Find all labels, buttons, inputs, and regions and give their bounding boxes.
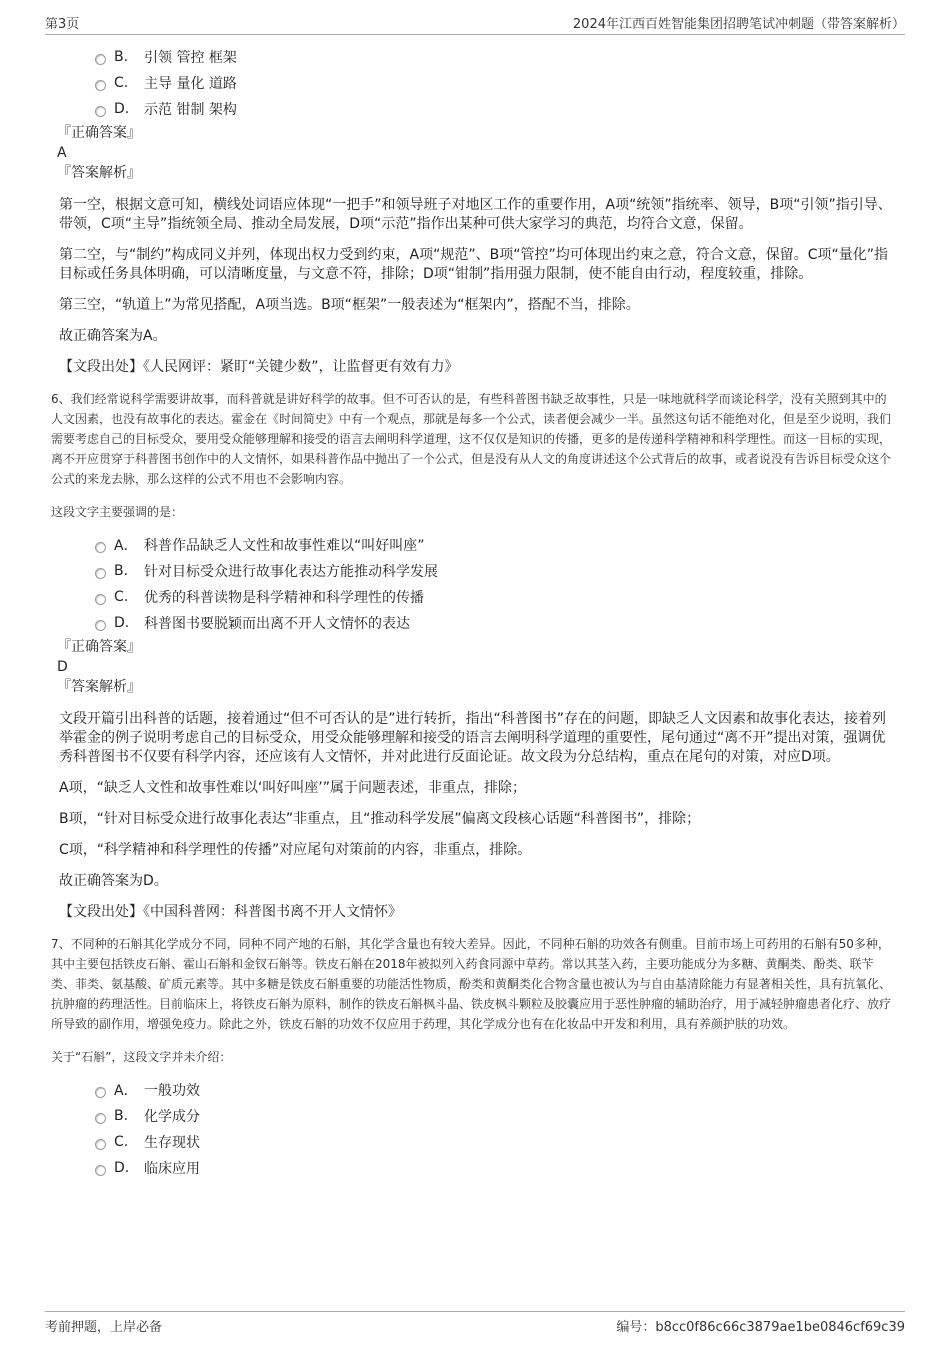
q5-options: B. 引领 管控 框架 C. 主导 量化 道路 D. 示范 钳制 架构 (57, 44, 897, 122)
analysis-paragraph: A项，“缺乏人文性和故事性难以‘叫好叫座’”属于问题表述，非重点，排除； (59, 779, 897, 798)
q7-options: A． 一般功效 B. 化学成分 C. 生存现状 D. 临床应用 (57, 1077, 897, 1181)
footer-slogan: 考前押题，上岸必备 (45, 1316, 162, 1335)
question-6-prompt: 这段文字主要强调的是： (51, 503, 897, 520)
q6-options: A． 科普作品缺乏人文性和故事性难以“叫好叫座” B. 针对目标受众进行故事化表… (57, 532, 897, 636)
page-content: B. 引领 管控 框架 C. 主导 量化 道路 D. 示范 钳制 架构 『正确答… (57, 40, 897, 1181)
document-title: 2024年江西百姓智能集团招聘笔试冲刺题（带答案解析） (573, 13, 905, 32)
q7-option-a[interactable]: A． 一般功效 (95, 1077, 897, 1103)
analysis-conclusion: 故正确答案为A。 (59, 327, 897, 346)
radio-button[interactable] (95, 594, 106, 605)
radio-button[interactable] (95, 568, 106, 579)
q5-option-d[interactable]: D. 示范 钳制 架构 (95, 96, 897, 122)
analysis-conclusion: 故正确答案为D。 (59, 872, 897, 891)
analysis-label: 『答案解析』 (57, 676, 897, 698)
radio-button[interactable] (95, 80, 106, 91)
analysis-paragraph: C项，“科学精神和科学理性的传播”对应尾句对策前的内容，非重点，排除。 (59, 841, 897, 860)
document-id-label: 编号： (616, 1320, 655, 1335)
q6-option-a[interactable]: A． 科普作品缺乏人文性和故事性难以“叫好叫座” (95, 532, 897, 558)
analysis-paragraph: 第三空，“轨道上”为常见搭配，A项当选。B项“框架”一般表述为“框架内”，搭配不… (59, 296, 897, 315)
correct-answer-label: 『正确答案』 (57, 636, 897, 658)
question-7-prompt: 关于“石斛”，这段文字并未介绍： (51, 1048, 897, 1065)
q7-option-b[interactable]: B. 化学成分 (95, 1103, 897, 1129)
radio-button[interactable] (95, 1113, 106, 1124)
q6-option-c[interactable]: C. 优秀的科普读物是科学精神和科学理性的传播 (95, 584, 897, 610)
radio-button[interactable] (95, 106, 106, 117)
q6-option-d[interactable]: D. 科普图书要脱颖而出离不开人文情怀的表达 (95, 610, 897, 636)
analysis-paragraph: B项，“针对目标受众进行故事化表达”非重点，且“推动科学发展”偏离文段核心话题“… (59, 810, 897, 829)
correct-answer-label: 『正确答案』 (57, 122, 897, 144)
analysis-paragraph: 第一空，根据文意可知，横线处词语应体现“一把手”和领导班子对地区工作的重要作用，… (59, 196, 897, 234)
radio-button[interactable] (95, 1139, 106, 1150)
q7-option-c[interactable]: C. 生存现状 (95, 1129, 897, 1155)
document-id-value: b8cc0f86c66c3879ae1be0846cf69c39 (655, 1320, 905, 1335)
radio-button[interactable] (95, 542, 106, 553)
correct-answer: D (57, 658, 897, 676)
q7-option-d[interactable]: D. 临床应用 (95, 1155, 897, 1181)
analysis-paragraph: 文段开篇引出科普的话题，接着通过“但不可否认的是”进行转折，指出“科普图书”存在… (59, 710, 897, 767)
q6-option-b[interactable]: B. 针对目标受众进行故事化表达方能推动科学发展 (95, 558, 897, 584)
source-citation: 【文段出处】《人民网评：紧盯“关键少数”，让监督更有效有力》 (59, 358, 897, 377)
analysis-label: 『答案解析』 (57, 162, 897, 184)
document-id: 编号：b8cc0f86c66c3879ae1be0846cf69c39 (616, 1316, 905, 1335)
analysis-paragraph: 第二空，与“制约”构成同义并列，体现出权力受到约束，A项“规范”、B项“管控”均… (59, 246, 897, 284)
radio-button[interactable] (95, 620, 106, 631)
question-7-text: 7、不同种的石斛其化学成分不同，同种不同产地的石斛，其化学含量也有较大差异。因此… (51, 934, 897, 1034)
radio-button[interactable] (95, 54, 106, 65)
correct-answer: A (57, 144, 897, 162)
source-citation: 【文段出处】《中国科普网：科普图书离不开人文情怀》 (59, 903, 897, 922)
q5-option-b[interactable]: B. 引领 管控 框架 (95, 44, 897, 70)
radio-button[interactable] (95, 1165, 106, 1176)
page-number: 第3页 (45, 13, 79, 32)
page-header: 第3页 2024年江西百姓智能集团招聘笔试冲刺题（带答案解析） (45, 12, 905, 35)
radio-button[interactable] (95, 1087, 106, 1098)
q5-option-c[interactable]: C. 主导 量化 道路 (95, 70, 897, 96)
question-6-text: 6、我们经常说科学需要讲故事，而科普就是讲好科学的故事。但不可否认的是，有些科普… (51, 389, 897, 489)
page-footer: 考前押题，上岸必备 编号：b8cc0f86c66c3879ae1be0846cf… (45, 1311, 905, 1335)
